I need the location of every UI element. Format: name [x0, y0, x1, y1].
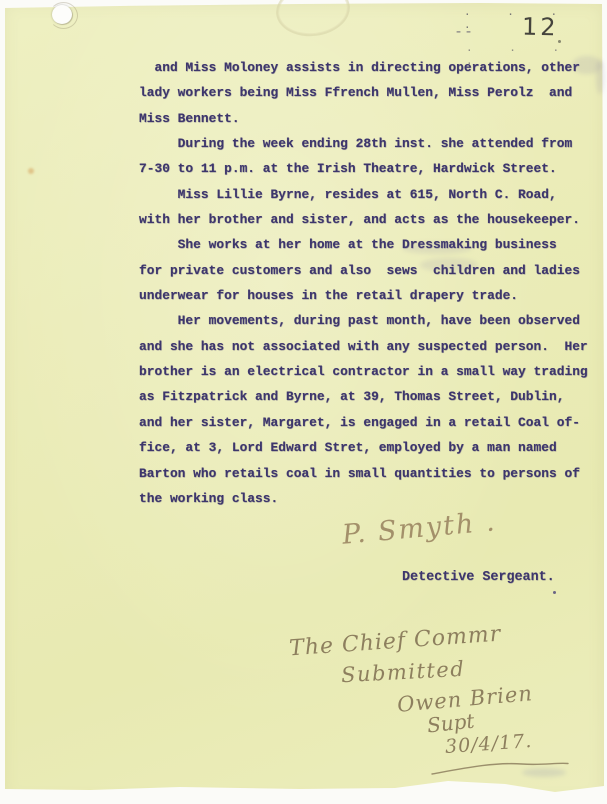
typed-line-4: During the week ending 28th inst. she at… [139, 131, 588, 156]
typed-line-11: Her movements, during past month, have b… [139, 308, 588, 333]
paper-stain [28, 168, 34, 174]
annotation-rank: Supt [426, 709, 476, 738]
typed-body: and Miss Moloney assists in directing op… [139, 55, 588, 511]
date-underline-swoosh [430, 757, 570, 779]
punch-hole [52, 5, 72, 24]
signature-title: Detective Sergeant. [402, 570, 555, 585]
typed-line-16: fice, at 3, Lord Edward Stret, employed … [139, 435, 588, 460]
ink-smudge [596, 60, 604, 94]
typed-line-1: and Miss Moloney assists in directing op… [139, 55, 588, 80]
typed-line-10: underwear for houses in the retail drape… [139, 283, 588, 308]
typed-line-3: Miss Bennett. [139, 106, 588, 131]
typed-line-15: and her sister, Margaret, is engaged in … [139, 410, 588, 435]
typed-line-6: Miss Lillie Byrne, resides at 615, North… [139, 182, 588, 207]
typed-line-7: with her brother and sister, and acts as… [139, 207, 588, 232]
typed-dash: -- [454, 22, 474, 40]
typed-line-12: and she has not associated with any susp… [139, 334, 588, 359]
ink-smudge [402, 242, 472, 254]
stray-ink-dot [553, 591, 556, 594]
typed-line-5: 7-30 to 11 p.m. at the Irish Theatre, Ha… [139, 156, 588, 181]
page-number: 12 [522, 13, 559, 42]
typed-line-18: the working class. [139, 486, 588, 511]
scanned-document: . . . . -- 12 . . . . and Miss Moloney a… [0, 0, 607, 804]
typed-line-9: for private customers and also sews chil… [139, 258, 588, 283]
typed-line-14: as Fitzpatrick and Byrne, at 39, Thomas … [139, 384, 588, 409]
typed-line-2: lady workers being Miss Ffrench Mullen, … [139, 80, 588, 105]
typed-line-17: Barton who retails coal in small quantit… [139, 461, 588, 486]
ink-smudge [420, 258, 478, 272]
typed-line-8: She works at her home at the Dressmaking… [139, 232, 588, 257]
typed-line-13: brother is an electrical contractor in a… [139, 359, 588, 384]
